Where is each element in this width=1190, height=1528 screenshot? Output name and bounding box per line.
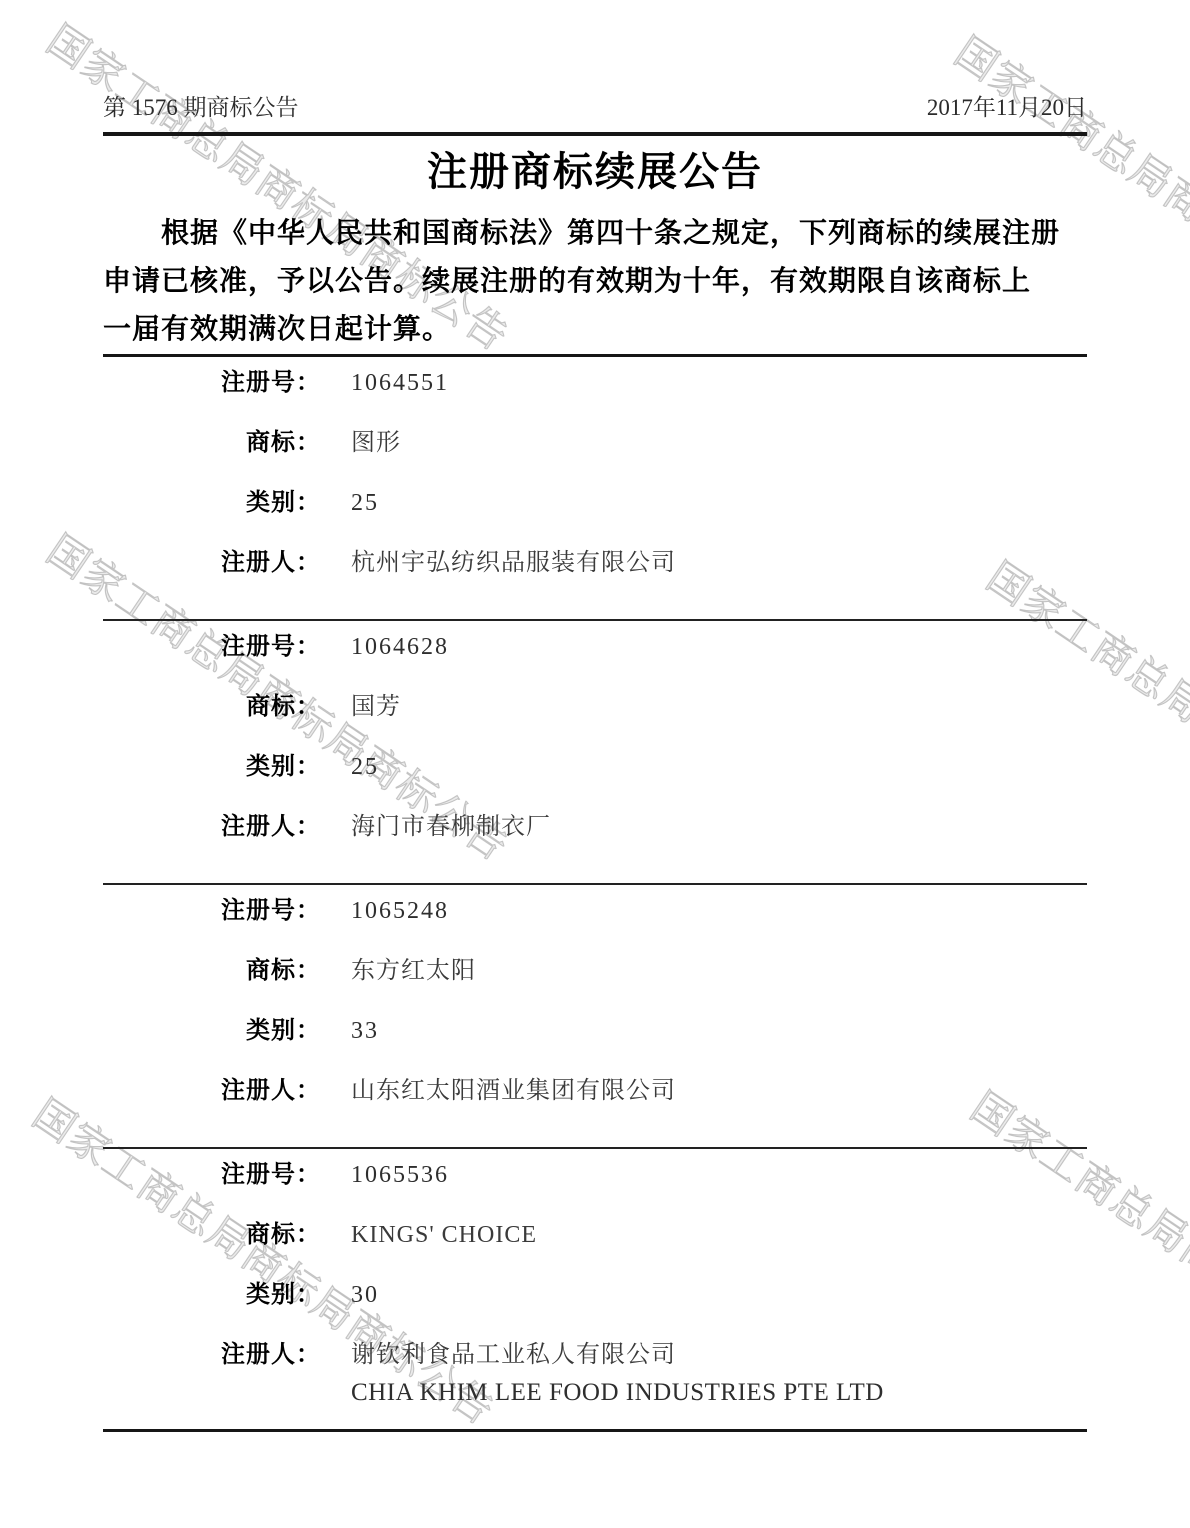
class-value: 25 <box>351 755 379 779</box>
reg-no-label: 注册号： <box>103 899 321 923</box>
field-reg-no: 注册号： 1064551 <box>103 371 1087 395</box>
reg-no-label: 注册号： <box>103 635 321 659</box>
header-rule <box>103 132 1087 136</box>
trademark-record: 注册号： 1064551 商标： 图形 类别： 25 注册人： 杭州宇弘纺织品服… <box>103 357 1087 621</box>
registrant-label: 注册人： <box>103 1343 321 1367</box>
reg-no-value: 1065248 <box>351 899 449 923</box>
field-trademark: 商标： 国芳 <box>103 695 1087 719</box>
registrant-value: 海门市春柳制衣厂 <box>351 815 551 839</box>
trademark-label: 商标： <box>103 1223 321 1247</box>
class-value: 30 <box>351 1283 379 1307</box>
field-registrant: 注册人： 谢钦利食品工业私人有限公司 CHIA KHIM LEE FOOD IN… <box>103 1343 1087 1405</box>
trademark-label: 商标： <box>103 959 321 983</box>
page-title: 注册商标续展公告 <box>103 146 1087 198</box>
field-trademark: 商标： KINGS' CHOICE <box>103 1223 1087 1247</box>
class-label: 类别： <box>103 491 321 515</box>
field-reg-no: 注册号： 1065248 <box>103 899 1087 923</box>
field-class: 类别： 30 <box>103 1283 1087 1307</box>
trademark-label: 商标： <box>103 695 321 719</box>
trademark-label: 商标： <box>103 431 321 455</box>
reg-no-value: 1064551 <box>351 371 449 395</box>
document-content: 第 1576 期商标公告 2017年11月20日 注册商标续展公告 根据《中华人… <box>0 0 1190 1432</box>
registrant-label: 注册人： <box>103 815 321 839</box>
registrant-en: CHIA KHIM LEE FOOD INDUSTRIES PTE LTD <box>351 1381 884 1405</box>
registrant-value: 山东红太阳酒业集团有限公司 <box>351 1079 676 1103</box>
intro-paragraph: 根据《中华人民共和国商标法》第四十条之规定，下列商标的续展注册 申请已核准，予以… <box>103 210 1087 354</box>
document-header: 第 1576 期商标公告 2017年11月20日 <box>103 0 1087 120</box>
class-label: 类别： <box>103 1283 321 1307</box>
field-registrant: 注册人： 杭州宇弘纺织品服装有限公司 <box>103 551 1087 575</box>
class-value: 33 <box>351 1019 379 1043</box>
gazette-page: 国家工商总局商标局商标公告 国家工商总局商标局商标公告 国家工商总局商标局商标公… <box>0 0 1190 1528</box>
field-reg-no: 注册号： 1065536 <box>103 1163 1087 1187</box>
date-label: 2017年11月20日 <box>927 96 1087 120</box>
class-value: 25 <box>351 491 379 515</box>
reg-no-value: 1064628 <box>351 635 449 659</box>
trademark-value: 图形 <box>351 431 401 455</box>
intro-line: 一届有效期满次日起计算。 <box>103 306 1087 354</box>
field-class: 类别： 25 <box>103 491 1087 515</box>
trademark-value: KINGS' CHOICE <box>351 1223 537 1247</box>
field-class: 类别： 25 <box>103 755 1087 779</box>
field-trademark: 商标： 东方红太阳 <box>103 959 1087 983</box>
intro-line: 申请已核准，予以公告。续展注册的有效期为十年，有效期限自该商标上 <box>103 258 1087 306</box>
registrant-value: 谢钦利食品工业私人有限公司 CHIA KHIM LEE FOOD INDUSTR… <box>351 1343 884 1405</box>
registrant-label: 注册人： <box>103 551 321 575</box>
trademark-record: 注册号： 1065536 商标： KINGS' CHOICE 类别： 30 注册… <box>103 1149 1087 1432</box>
reg-no-label: 注册号： <box>103 1163 321 1187</box>
class-label: 类别： <box>103 755 321 779</box>
field-reg-no: 注册号： 1064628 <box>103 635 1087 659</box>
trademark-value: 国芳 <box>351 695 401 719</box>
class-label: 类别： <box>103 1019 321 1043</box>
field-class: 类别： 33 <box>103 1019 1087 1043</box>
reg-no-value: 1065536 <box>351 1163 449 1187</box>
field-registrant: 注册人： 山东红太阳酒业集团有限公司 <box>103 1079 1087 1103</box>
registrant-cn: 谢钦利食品工业私人有限公司 <box>351 1342 676 1368</box>
trademark-record: 注册号： 1065248 商标： 东方红太阳 类别： 33 注册人： 山东红太阳… <box>103 885 1087 1149</box>
reg-no-label: 注册号： <box>103 371 321 395</box>
registrant-label: 注册人： <box>103 1079 321 1103</box>
trademark-value: 东方红太阳 <box>351 959 476 983</box>
registrant-value: 杭州宇弘纺织品服装有限公司 <box>351 551 676 575</box>
issue-label: 第 1576 期商标公告 <box>103 96 299 120</box>
intro-line: 根据《中华人民共和国商标法》第四十条之规定，下列商标的续展注册 <box>103 210 1087 258</box>
field-registrant: 注册人： 海门市春柳制衣厂 <box>103 815 1087 839</box>
trademark-record: 注册号： 1064628 商标： 国芳 类别： 25 注册人： 海门市春柳制衣厂 <box>103 621 1087 885</box>
field-trademark: 商标： 图形 <box>103 431 1087 455</box>
